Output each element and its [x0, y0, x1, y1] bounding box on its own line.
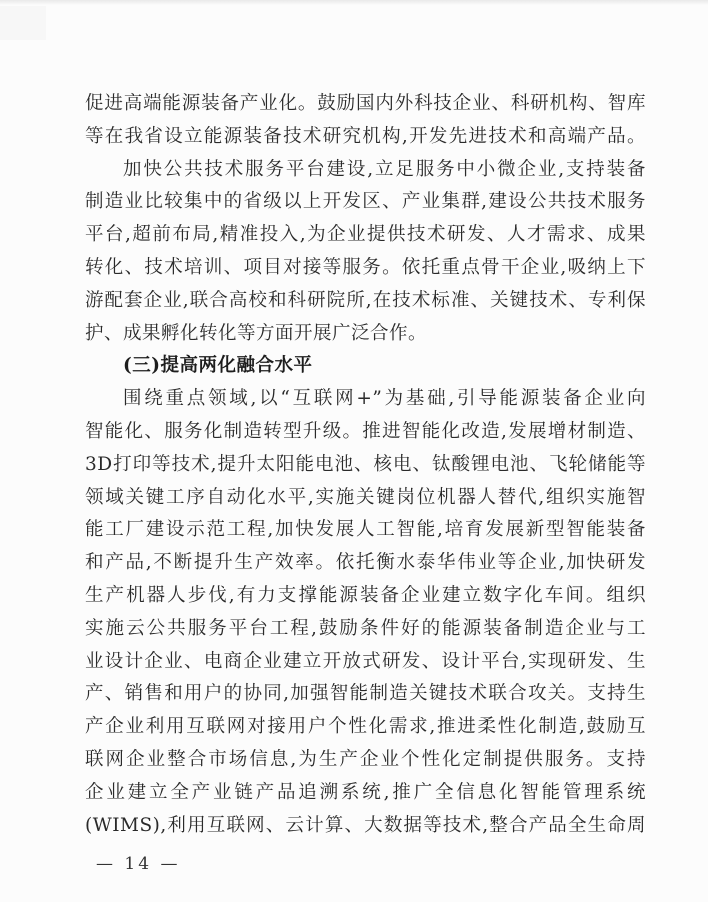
text-line: 领域关键工序自动化水平,实施关键岗位机器人替代,组织实施智 [85, 482, 646, 515]
text-line: (三)提高两化融合水平 [85, 350, 646, 383]
text-line: 实施云公共服务平台工程,鼓励条件好的能源装备制造企业与工 [85, 613, 646, 646]
text-line: 3D打印等技术,提升太阳能电池、核电、钛酸锂电池、飞轮储能等 [85, 449, 646, 482]
text-line: 业设计企业、电商企业建立开放式研发、设计平台,实现研发、生 [85, 646, 646, 679]
scan-artifact-smudge [0, 6, 46, 40]
text-line: 护、成果孵化转化等方面开展广泛合作。 [85, 318, 646, 351]
text-line: 平台,超前布局,精准投入,为企业提供技术研发、人才需求、成果 [85, 219, 646, 252]
text-line: 等在我省设立能源装备技术研究机构,开发先进技术和高端产品。 [85, 121, 646, 154]
page-number: — 14 — [96, 851, 180, 877]
document-page: 促进高端能源装备产业化。鼓励国内外科技企业、科研机构、智库等在我省设立能源装备技… [0, 0, 708, 902]
text-line: (WIMS),利用互联网、云计算、大数据等技术,整合产品全生命周 [85, 810, 646, 843]
text-line: 促进高端能源装备产业化。鼓励国内外科技企业、科研机构、智库 [85, 88, 646, 121]
text-line: 围绕重点领域,以“互联网+”为基础,引导能源装备企业向 [85, 383, 646, 416]
text-line: 产、销售和用户的协同,加强智能制造关键技术联合攻关。支持生 [85, 678, 646, 711]
document-text-block: 促进高端能源装备产业化。鼓励国内外科技企业、科研机构、智库等在我省设立能源装备技… [85, 88, 646, 842]
text-line: 和产品,不断提升生产效率。依托衡水泰华伟业等企业,加快研发 [85, 547, 646, 580]
text-line: 转化、技术培训、项目对接等服务。依托重点骨干企业,吸纳上下 [85, 252, 646, 285]
text-line: 生产机器人步伐,有力支撑能源装备企业建立数字化车间。组织 [85, 580, 646, 613]
text-line: 能工厂建设示范工程,加快发展人工智能,培育发展新型智能装备 [85, 514, 646, 547]
text-line: 游配套企业,联合高校和科研院所,在技术标准、关键技术、专利保 [85, 285, 646, 318]
text-line: 联网企业整合市场信息,为生产企业个性化定制提供服务。支持 [85, 744, 646, 777]
text-line: 制造业比较集中的省级以上开发区、产业集群,建设公共技术服务 [85, 186, 646, 219]
text-line: 企业建立全产业链产品追溯系统,推广全信息化智能管理系统 [85, 777, 646, 810]
text-line: 加快公共技术服务平台建设,立足服务中小微企业,支持装备 [85, 154, 646, 187]
scan-artifact-top-edge [0, 0, 708, 5]
text-line: 产企业利用互联网对接用户个性化需求,推进柔性化制造,鼓励互 [85, 711, 646, 744]
text-line: 智能化、服务化制造转型升级。推进智能化改造,发展增材制造、 [85, 416, 646, 449]
